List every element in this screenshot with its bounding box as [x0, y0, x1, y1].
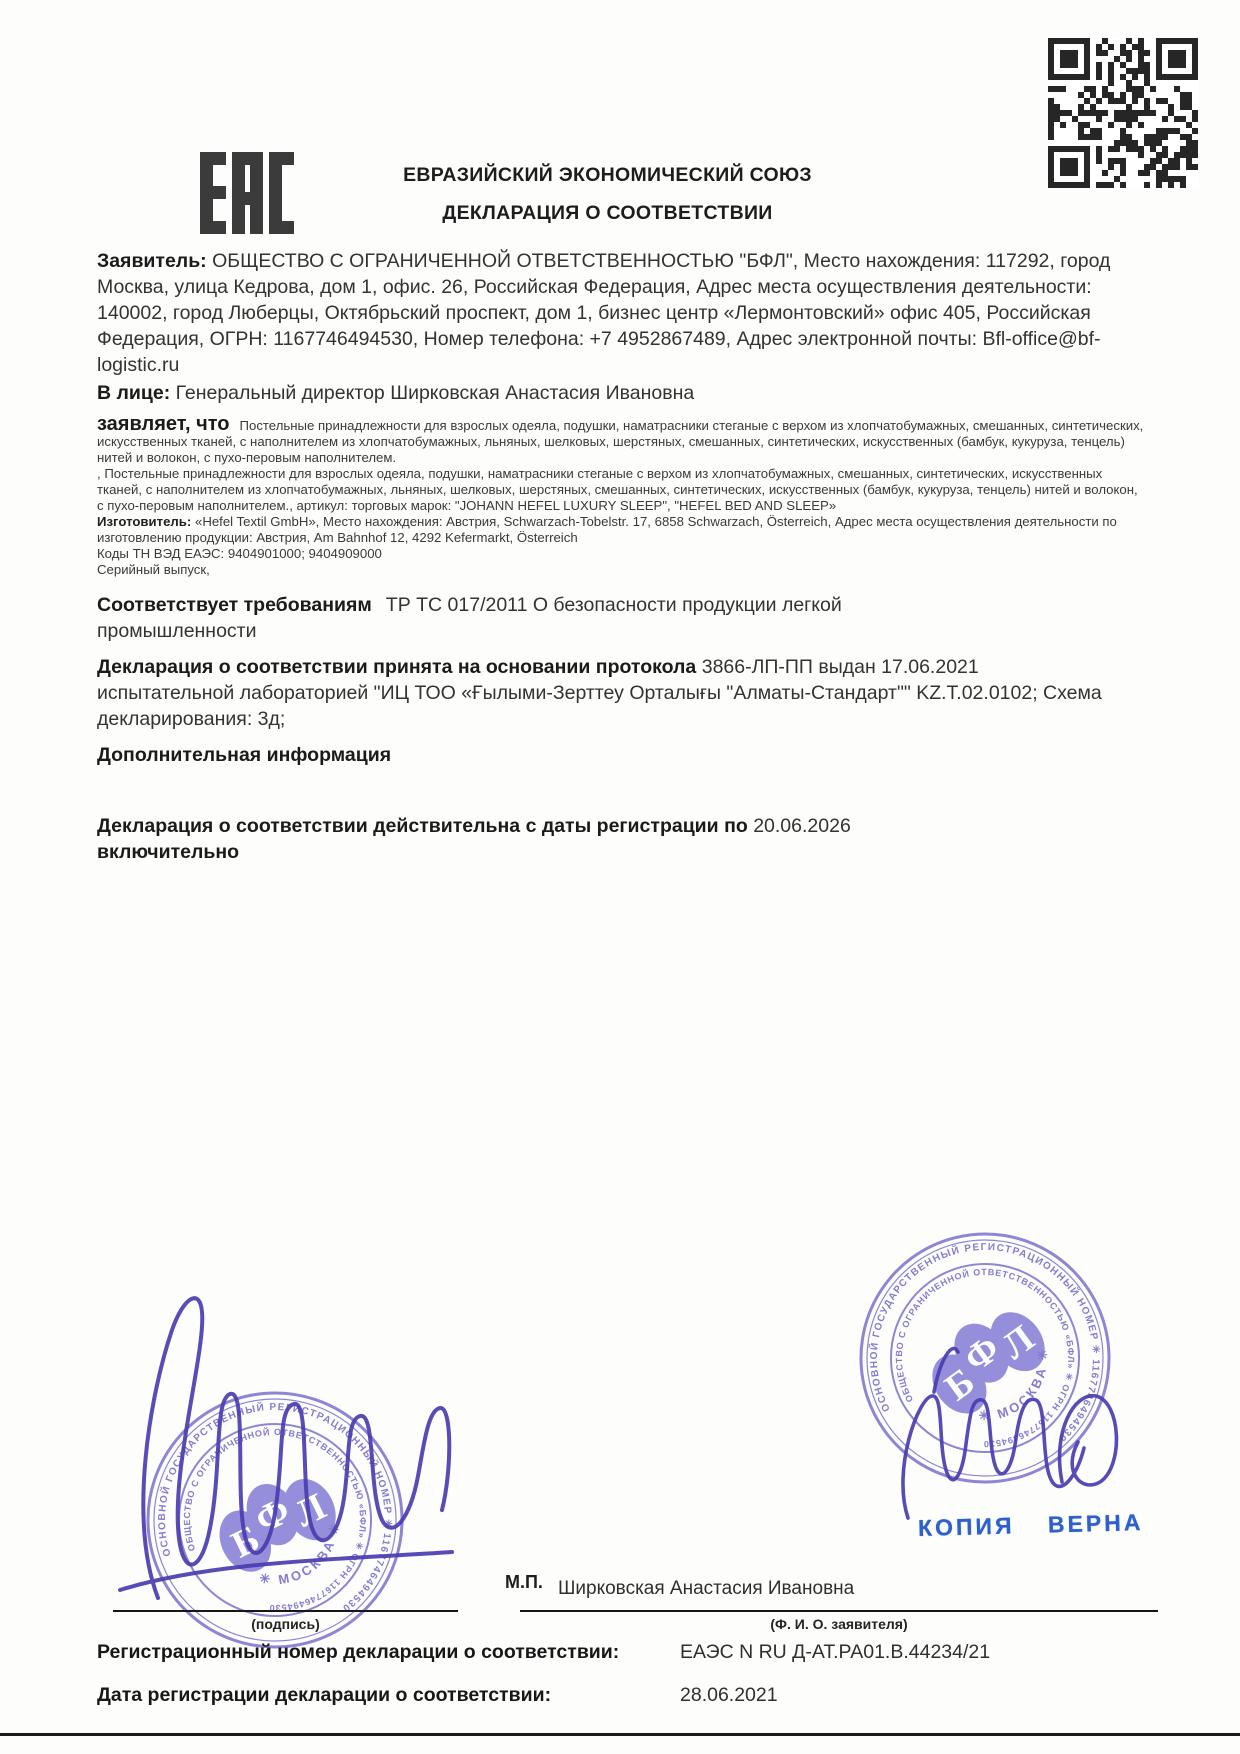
seal-letter-l: Л: [288, 1485, 332, 1535]
name-caption: (Ф. И. О. заявителя): [520, 1616, 1158, 1632]
representative-label: В лице:: [97, 382, 170, 404]
seal-letter-b: Б: [225, 1518, 266, 1567]
declaration-document: ЕВРАЗИЙСКИЙ ЭКОНОМИЧЕСКИЙ СОЮЗ ДЕКЛАРАЦИ…: [0, 0, 1240, 1754]
declares-text2: , Постельные принадлежности для взрослых…: [97, 466, 1138, 513]
page-bottom-rule: [0, 1733, 1240, 1736]
declares-paragraph-2: , Постельные принадлежности для взрослых…: [97, 466, 1145, 514]
document-header: ЕВРАЗИЙСКИЙ ЭКОНОМИЧЕСКИЙ СОЮЗ ДЕКЛАРАЦИ…: [300, 164, 915, 225]
seal-inner-ring-text: ОБЩЕСТВО С ОГРАНИЧЕННОЙ ОТВЕТСТВЕННОСТЬЮ…: [858, 1231, 1112, 1485]
seal-place-label: М.П.: [505, 1572, 543, 1593]
declares-paragraph: заявляет, чтоПостельные принадлежности д…: [97, 416, 1145, 466]
declares-label: заявляет, что: [97, 413, 240, 435]
company-seal-left: Б Ф Л ОСНОВНОЙ ГОСУДАРСТВЕННЫЙ РЕГИСТРАЦ…: [105, 1350, 445, 1690]
basis-paragraph: Декларация о соответствии принята на осн…: [97, 654, 1107, 732]
seal-city-text: ✳ МОСКВА ✳: [962, 1340, 1071, 1437]
signer-name: Ширковская Анастасия Ивановна: [558, 1578, 854, 1600]
declares-text1: Постельные принадлежности для взрослых о…: [97, 418, 1143, 465]
registration-number-label: Регистрационный номер декларации о соотв…: [97, 1641, 619, 1663]
validity-paragraph: Декларация о соответствии действительна …: [97, 813, 1037, 865]
svg-text:✳ МОСКВА ✳: ✳ МОСКВА ✳: [246, 1514, 358, 1599]
manufacturer-paragraph: Изготовитель: «Hefel Textil GmbH», Место…: [97, 514, 1145, 546]
seal-outer-ring-text: ОСНОВНОЙ ГОСУДАРСТВЕННЫЙ РЕГИСТРАЦИОННЫЙ…: [824, 1195, 1149, 1519]
eac-logo-icon: [200, 152, 294, 234]
registration-date-value: 28.06.2021: [680, 1684, 778, 1707]
additional-info-heading: Дополнительная информация: [97, 742, 1145, 768]
signature-left: [120, 1298, 452, 1598]
batch-line: Серийный выпуск,: [97, 562, 1145, 578]
registration-number-value: ЕАЭС N RU Д-АТ.РА01.В.44234/21: [680, 1641, 990, 1664]
validity-suffix: включительно: [97, 841, 239, 863]
seal-inner-ring-text: ОБЩЕСТВО С ОГРАНИЧЕННОЙ ОТВЕТСТВЕННОСТЬЮ…: [151, 1396, 399, 1645]
representative-line: В лице: Генеральный директор Ширковская …: [97, 380, 1145, 406]
svg-text:ОБЩЕСТВО С ОГРАНИЧЕННОЙ ОТВЕТС: ОБЩЕСТВО С ОГРАНИЧЕННОЙ ОТВЕТСТВЕННОСТЬЮ…: [151, 1396, 399, 1645]
registration-date-row: Дата регистрации декларации о соответств…: [97, 1684, 1157, 1707]
registration-date-label: Дата регистрации декларации о соответств…: [97, 1684, 551, 1706]
representative-text: Генеральный директор Ширковская Анастаси…: [176, 382, 695, 404]
seal-city-text: ✳ МОСКВА ✳: [246, 1514, 358, 1599]
seal-letter-f: Ф: [249, 1489, 297, 1541]
seal-letter-b: Б: [937, 1360, 982, 1409]
name-line: [520, 1610, 1158, 1612]
union-title: ЕВРАЗИЙСКИЙ ЭКОНОМИЧЕСКИЙ СОЮЗ: [300, 164, 915, 187]
seal-letter-f: Ф: [957, 1327, 1008, 1380]
registration-number-row: Регистрационный номер декларации о соотв…: [97, 1641, 1157, 1664]
svg-text:ОБЩЕСТВО С ОГРАНИЧЕННОЙ ОТВЕТС: ОБЩЕСТВО С ОГРАНИЧЕННОЙ ОТВЕТСТВЕННОСТЬЮ…: [858, 1231, 1112, 1485]
compliance-label: Соответствует требованиям: [97, 594, 386, 616]
document-title: ДЕКЛАРАЦИЯ О СООТВЕТСТВИИ: [300, 202, 915, 225]
manufacturer-text: «Hefel Textil GmbH», Место нахождения: А…: [97, 514, 1117, 545]
manufacturer-label: Изготовитель:: [97, 514, 191, 529]
signature-caption: (подпись): [113, 1616, 458, 1632]
applicant-paragraph: Заявитель: ОБЩЕСТВО С ОГРАНИЧЕННОЙ ОТВЕТ…: [97, 248, 1145, 378]
seal-letter-l: Л: [994, 1317, 1042, 1368]
signature-line: [113, 1610, 458, 1612]
signature-right: [903, 1348, 1117, 1518]
qr-code: [1048, 38, 1198, 188]
validity-date: 20.06.2026: [753, 815, 851, 837]
validity-label: Декларация о соответствии действительна …: [97, 815, 748, 837]
svg-text:ОСНОВНОЙ ГОСУДАРСТВЕННЫЙ РЕГИС: ОСНОВНОЙ ГОСУДАРСТВЕННЫЙ РЕГИСТРАЦИОННЫЙ…: [824, 1195, 1149, 1519]
basis-label: Декларация о соответствии принята на осн…: [97, 656, 696, 678]
tnved-codes-line: Коды ТН ВЭД ЕАЭС: 9404901000; 9404909000: [97, 546, 1145, 562]
applicant-text: ОБЩЕСТВО С ОГРАНИЧЕННОЙ ОТВЕТСТВЕННОСТЬЮ…: [97, 250, 1110, 376]
applicant-label: Заявитель:: [97, 250, 207, 272]
svg-text:✳ МОСКВА ✳: ✳ МОСКВА ✳: [962, 1340, 1071, 1437]
company-seal-right: Б Ф Л ОСНОВНОЙ ГОСУДАРСТВЕННЫЙ РЕГИСТРАЦ…: [812, 1185, 1158, 1531]
document-body: Заявитель: ОБЩЕСТВО С ОГРАНИЧЕННОЙ ОТВЕТ…: [97, 248, 1145, 865]
compliance-paragraph: Соответствует требованиямТР ТС 017/2011 …: [97, 592, 977, 644]
copy-verified-stamp: КОПИЯ ВЕРНА: [918, 1509, 1144, 1542]
